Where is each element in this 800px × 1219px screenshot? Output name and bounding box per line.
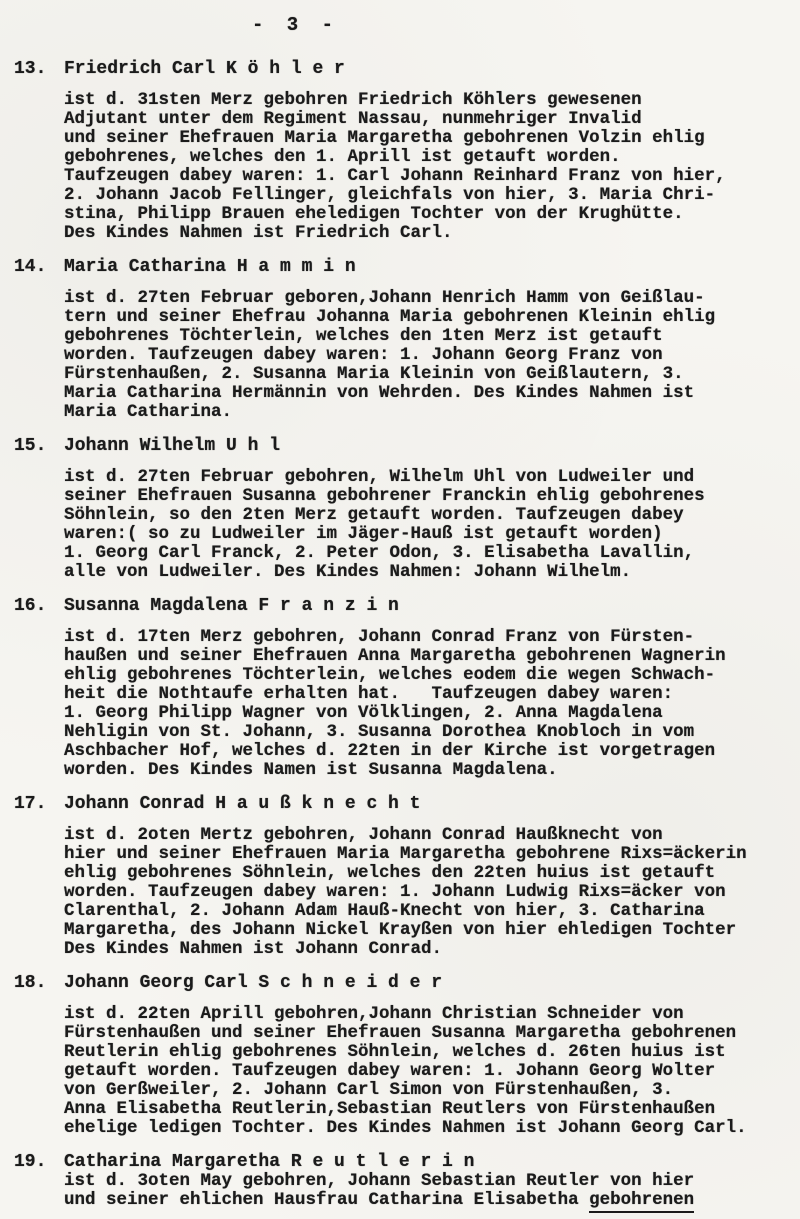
underlined-word: gebohrenen [589,1190,694,1213]
entry-number: 16. [0,597,64,780]
entry-number: 15. [0,437,64,582]
page-number: - 3 - [252,14,800,36]
entry-body: ist d. 27ten Februar geboren,Johann Henr… [64,289,800,422]
entry-content: Maria Catharina H a m m i n ist d. 27ten… [64,258,800,422]
entry-body: ist d. 31sten Merz gebohren Friedrich Kö… [64,91,800,243]
entry-content: Johann Georg Carl S c h n e i d e r ist … [64,974,800,1138]
entry-content: Catharina Margaretha R e u t l e r i n i… [64,1153,800,1210]
entry-heading: Johann Conrad H a u ß k n e c h t [64,795,800,814]
entry-content: Johann Wilhelm U h l ist d. 27ten Februa… [64,437,800,582]
entry-heading: Johann Wilhelm U h l [64,437,800,456]
entry-content: Friedrich Carl K ö h l e r ist d. 31sten… [64,60,800,243]
entry-16: 16. Susanna Magdalena F r a n z i n ist … [0,597,800,780]
entry-body: ist d. 3oten May gebohren, Johann Sebast… [64,1172,800,1210]
entry-heading: Friedrich Carl K ö h l e r [64,60,800,79]
entry-number: 18. [0,974,64,1138]
entry-heading: Maria Catharina H a m m i n [64,258,800,277]
entry-heading: Catharina Margaretha R e u t l e r i n [64,1153,800,1172]
entry-body: ist d. 17ten Merz gebohren, Johann Conra… [64,628,800,780]
entry-heading: Susanna Magdalena F r a n z i n [64,597,800,616]
entry-number: 13. [0,60,64,243]
entry-13: 13. Friedrich Carl K ö h l e r ist d. 31… [0,60,800,243]
entry-heading: Johann Georg Carl S c h n e i d e r [64,974,800,993]
entry-number: 14. [0,258,64,422]
entry-19: 19. Catharina Margaretha R e u t l e r i… [0,1153,800,1210]
entry-18: 18. Johann Georg Carl S c h n e i d e r … [0,974,800,1138]
entry-number: 19. [0,1153,64,1210]
entry-number: 17. [0,795,64,959]
entry-content: Johann Conrad H a u ß k n e c h t ist d.… [64,795,800,959]
entry-body: ist d. 2oten Mertz gebohren, Johann Conr… [64,826,800,959]
entry-body: ist d. 22ten Aprill gebohren,Johann Chri… [64,1005,800,1138]
register-page: - 3 - 13. Friedrich Carl K ö h l e r ist… [0,0,800,1219]
entry-content: Susanna Magdalena F r a n z i n ist d. 1… [64,597,800,780]
entry-15: 15. Johann Wilhelm U h l ist d. 27ten Fe… [0,437,800,582]
entry-body: ist d. 27ten Februar gebohren, Wilhelm U… [64,468,800,582]
entry-17: 17. Johann Conrad H a u ß k n e c h t is… [0,795,800,959]
entry-14: 14. Maria Catharina H a m m i n ist d. 2… [0,258,800,422]
